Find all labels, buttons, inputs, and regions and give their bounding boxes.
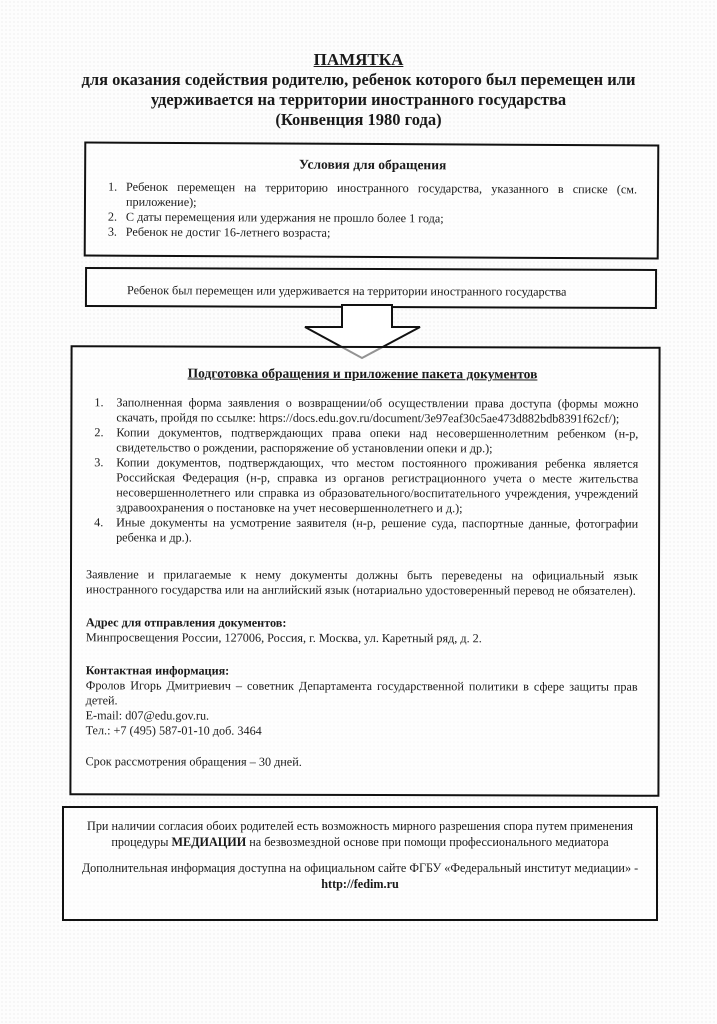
item-number: 1. (94, 395, 103, 410)
item-text: Ребенок не достиг 16-летнего возраста; (126, 225, 331, 240)
title-subtitle-1: для оказания содействия родителю, ребено… (0, 70, 717, 90)
contact-label: Контактная информация: (86, 663, 638, 679)
item-number: 3. (94, 455, 103, 470)
preparation-heading: Подготовка обращения и приложение пакета… (86, 365, 638, 382)
review-term: Срок рассмотрения обращения – 30 дней. (85, 754, 637, 770)
documents-list: 1.Заполненная форма заявления о возвраще… (86, 395, 638, 546)
address-label: Адрес для отправления документов: (86, 615, 638, 631)
contact-person: Фролов Игорь Дмитриевич – советник Депар… (86, 678, 638, 709)
conditions-box: Условия для обращения 1.Ребенок перемеще… (84, 141, 660, 259)
list-item: 3.Ребенок не достиг 16-летнего возраста; (108, 225, 637, 243)
document-title: ПАМЯТКА для оказания содействия родителю… (0, 50, 717, 130)
mediation-box: При наличии согласия обоих родителей ест… (62, 806, 658, 921)
item-text: Ребенок перемещен на территорию иностран… (126, 180, 637, 209)
address-text: Минпросвещения России, 127006, Россия, г… (86, 630, 638, 646)
item-number: 3. (108, 225, 117, 240)
item-text: Иные документы на усмотрение заявителя (… (116, 515, 638, 544)
preparation-box: Подготовка обращения и приложение пакета… (69, 345, 660, 797)
item-text[interactable]: Заполненная форма заявления о возвращени… (116, 395, 638, 425)
translation-note: Заявление и прилагаемые к нему документы… (86, 567, 638, 598)
list-item: 3.Копии документов, подтверждающих, что … (86, 455, 638, 516)
title-main: ПАМЯТКА (0, 50, 717, 70)
mediation-info: Дополнительная информация доступна на оф… (76, 860, 644, 892)
title-subtitle-2: удерживается на территории иностранного … (0, 90, 717, 110)
list-item: 4.Иные документы на усмотрение заявителя… (86, 515, 638, 546)
item-number: 2. (94, 425, 103, 440)
moved-text: Ребенок был перемещен или удерживается н… (127, 283, 566, 299)
item-text: Копии документов, подтверждающих права о… (116, 425, 638, 455)
mediation-text: При наличии согласия обоих родителей ест… (76, 818, 644, 850)
item-number: 4. (94, 515, 103, 530)
list-item: 2.Копии документов, подтверждающих права… (86, 425, 638, 456)
mediation-info-text: Дополнительная информация доступна на оф… (82, 861, 638, 875)
mediation-keyword: МЕДИАЦИИ (171, 835, 246, 849)
fedim-link[interactable]: http://fedim.ru (321, 877, 399, 891)
list-item: 1.Ребенок перемещен на территорию иностр… (108, 180, 637, 213)
item-text: С даты перемещения или удержания не прош… (126, 210, 444, 226)
item-number: 2. (108, 210, 117, 225)
title-subtitle-3: (Конвенция 1980 года) (0, 110, 717, 130)
contact-email[interactable]: E-mail: d07@edu.gov.ru. (86, 708, 638, 724)
list-item: 1.Заполненная форма заявления о возвраще… (86, 395, 638, 426)
contact-phone: Тел.: +7 (495) 587-01-10 доб. 3464 (86, 723, 638, 739)
conditions-list: 1.Ребенок перемещен на территорию иностр… (108, 180, 637, 243)
mediation-text-post: на безвозмездной основе при помощи профе… (246, 835, 608, 849)
item-number: 1. (108, 180, 117, 195)
item-text: Копии документов, подтверждающих, что ме… (116, 455, 638, 515)
conditions-heading: Условия для обращения (108, 156, 637, 175)
